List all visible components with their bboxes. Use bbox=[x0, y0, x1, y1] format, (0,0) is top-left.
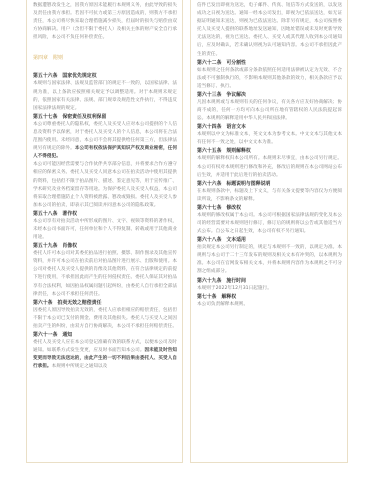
article-61: 第六十一条 通知 委托人及买受人应在本公司登记准确有效的联系方式，以便本公司及时… bbox=[33, 331, 177, 371]
article-63: 第六十三条 争议解决 凡因本规则或与本规则有关的任何争议，有关各方应友好协商解决… bbox=[197, 91, 342, 123]
right-page: 信件已发出即视为送达，电子邮件、传真、短信等方式发送的，以发送成功之日视为送达。… bbox=[190, 0, 348, 463]
article-title: 第五十七条 保密责任及权利保留 bbox=[33, 113, 177, 121]
article-69: 第六十九条 施行时间 本规则于2022年12月31日起施行。 bbox=[197, 277, 342, 293]
article-body: 本公司享有对拍卖活动中所形成的图片、文字、视频等资料的著作权，未经本公司书面许可… bbox=[33, 218, 177, 242]
article-56: 第五十六条 国家优先规定权 本规则与国家法律、法规及监管部门的规定不一致的，以国… bbox=[33, 72, 177, 112]
article-title: 第五十八条 著作权 bbox=[33, 210, 177, 218]
article-text-2: 本规则中所规定之通知以及 bbox=[52, 364, 108, 369]
article-title: 第六十一条 通知 bbox=[33, 331, 177, 339]
article-58: 第五十八条 著作权 本公司享有对拍卖活动中所形成的图片、文字、视频等资料的著作权… bbox=[33, 210, 177, 242]
article-body: 本规则与国家法律、法规及监管部门的规定不一致的，以国家法律、法规为准，以上条款应… bbox=[33, 80, 177, 112]
article-title: 第六十四条 语言文本 bbox=[197, 123, 342, 131]
article-title: 第六十二条 可分割性 bbox=[197, 59, 342, 67]
intro-paragraph: 信件已发出即视为送达，电子邮件、传真、短信等方式发送的，以发送成功之日视为送达。… bbox=[197, 2, 342, 59]
article-67: 第六十七条 修改权 本规则的修改权属于本公司。本公司可根据国家法律法规的变化及本… bbox=[197, 204, 342, 236]
article-title: 第六十六条 标题说明与图释说明 bbox=[197, 180, 342, 188]
article-title: 第六十八条 文本适用 bbox=[197, 236, 342, 244]
article-body: 委托人及买受人应在本公司登记准确有效的联系方式，以便本公司及时通知。如联系方式发… bbox=[33, 339, 177, 371]
article-70: 第七十条 解释权 本公司负责解释本规则。 bbox=[197, 293, 342, 309]
article-body: 本规则的解释权归本公司所有。本规则未尽事宜，由本公司另行规定。本公司有权对本规则… bbox=[197, 155, 342, 179]
left-page: 数据遭篡改发生之，因我方原因未能履行本规则义务，由此导致的损失及责任由我方承担。… bbox=[26, 0, 183, 463]
article-body: 因委托人原因导致拍卖无效的，委托人应承担相应的赔偿责任，包括但不限于本公司已支付… bbox=[33, 307, 177, 331]
article-title: 第六十三条 争议解决 bbox=[197, 91, 342, 99]
article-title: 第六十七条 修改权 bbox=[197, 204, 342, 212]
article-64: 第六十四条 语言文本 本规则以中文为标准文本，英文文本为参考文本。中文文本与其他… bbox=[197, 123, 342, 147]
article-body: 本规则于2022年12月31日起施行。 bbox=[197, 285, 342, 293]
article-60: 第六十条 拍卖无效之赔偿责任 因委托人原因导致拍卖无效的，委托人应承担相应的赔偿… bbox=[33, 299, 177, 331]
article-57: 第五十七条 保密责任及权利保留 本公司尊重委托人的隐私权，委托人及买受人应对本公… bbox=[33, 113, 177, 210]
chapter-heading: 第四章 附则 bbox=[33, 54, 177, 62]
article-title: 第五十六条 国家优先规定权 bbox=[33, 72, 177, 80]
article-body: 如本规则之任何条款或部分条款依照任何适用法律被认定为无效、不合法或不可强制执行的… bbox=[197, 67, 342, 91]
intro-paragraph: 数据遭篡改发生之，因我方原因未能履行本规则义务，由此导致的损失及责任由我方承担。… bbox=[33, 2, 177, 42]
article-66: 第六十六条 标题说明与图释说明 在本规则条款中，标题及上下文义，与有关条文提要等… bbox=[197, 180, 342, 204]
article-body: 本公司负责解释本规则。 bbox=[197, 301, 342, 309]
article-body: 本规则的修改权属于本公司。本公司可根据国家法律法规的变化及本公司的经营需要对本规… bbox=[197, 212, 342, 236]
article-title: 第六十条 拍卖无效之赔偿责任 bbox=[33, 299, 177, 307]
article-title: 第六十九条 施行时间 bbox=[197, 277, 342, 285]
article-body: 委托人许可本公司对其委托拍品进行拍照、摄影、制作图录及其他宣传资料，并许可本公司… bbox=[33, 250, 177, 299]
article-body-2: 本公司可能因经营需要与合作伙伴共享部分信息，并将要求合作方遵守相应的保密义务。委… bbox=[33, 161, 177, 210]
article-title: 第六十五条 规则解释权 bbox=[197, 147, 342, 155]
article-body: 本规则以中文为标准文本，英文文本为参考文本。中文文本与其他文本有任何不一致之处，… bbox=[197, 131, 342, 147]
article-title: 第七十条 解释权 bbox=[197, 293, 342, 301]
article-body: 拍卖规定本公司另行制定的，规定与本规则不一致的，以规定为准。本规则与本公司于二十… bbox=[197, 244, 342, 276]
article-body: 凡因本规则或与本规则有关的任何争议，有关各方应友好协商解决；协商不成的，任何一方… bbox=[197, 99, 342, 123]
article-title: 第五十九条 肖像权 bbox=[33, 242, 177, 250]
article-65: 第六十五条 规则解释权 本规则的解释权归本公司所有。本规则未尽事宜，由本公司另行… bbox=[197, 147, 342, 179]
article-59: 第五十九条 肖像权 委托人许可本公司对其委托拍品进行拍照、摄影、制作图录及其他宣… bbox=[33, 242, 177, 299]
article-body: 在本规则条款中，标题及上下文义，与有关条文提要等内容仅为方便阅读所设，不影响条文… bbox=[197, 188, 342, 204]
article-62: 第六十二条 可分割性 如本规则之任何条款或部分条款依照任何适用法律被认定为无效、… bbox=[197, 59, 342, 91]
article-body: 本公司尊重委托人的隐私权，委托人及买受人应对本公司提供的个人信息及资料予以保密，… bbox=[33, 121, 177, 161]
article-68: 第六十八条 文本适用 拍卖规定本公司另行制定的，规定与本规则不一致的，以规定为准… bbox=[197, 236, 342, 276]
